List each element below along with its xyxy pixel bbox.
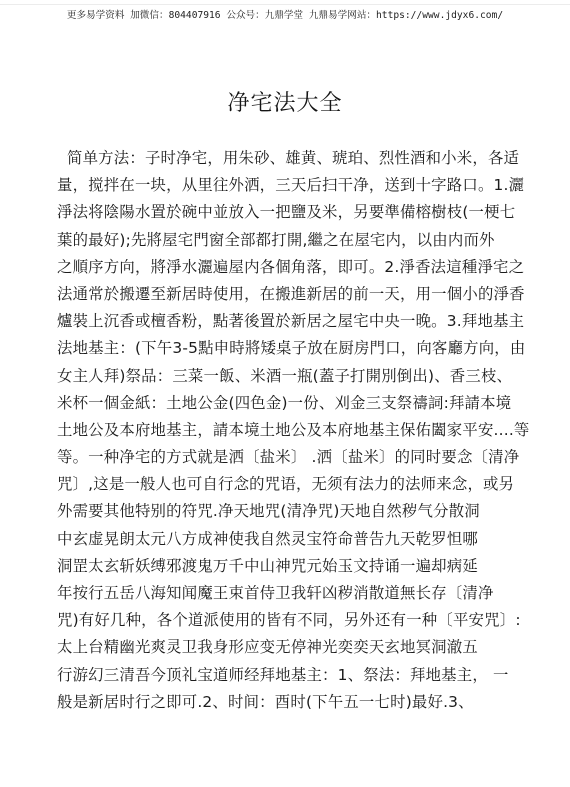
body-line: 简单方法：子时净宅，用朱砂、雄黄、琥珀、烈性酒和小米，各适: [57, 145, 517, 172]
document-title: 净宅法大全: [0, 86, 570, 117]
body-line: 洞罡太玄斩妖缚邪渡鬼万千中山神咒元始玉文持诵一遍却病延: [57, 553, 517, 580]
body-line: 之順序方向，將淨水灑遍屋内各個角落，即可。2.淨香法這種淨宅之: [57, 254, 517, 281]
body-line: 太上台精幽光爽灵卫我身形应变无停神光奕奕天玄地冥洞澈五: [57, 634, 517, 661]
body-line: 葉的最好);先將屋宅門窗全部都打開,繼之在屋宅内，以由内而外: [57, 227, 517, 254]
body-line: 咒〕,这是一般人也可自行念的咒语，无须有法力的法师来念，或另: [57, 471, 517, 498]
document-body: 简单方法：子时净宅，用朱砂、雄黄、琥珀、烈性酒和小米，各适 量，搅拌在一块，从里…: [57, 145, 517, 716]
body-line: 般是新居时行之即可.2、时间：酉时(下午五一七时)最好.3、: [57, 689, 517, 716]
body-line: 等。一种净宅的方式就是洒〔盐米〕 .洒〔盐米〕的同时要念〔清净: [57, 444, 517, 471]
body-line: 爐裝上沉香或檀香粉，點著後置於新居之屋宅中央一晚。3.拜地基主: [57, 308, 517, 335]
body-line: 米杯一個金紙：土地公金(四色金)一份、刈金三支祭禱詞:拜請本境: [57, 390, 517, 417]
body-line: 行游幻三清吾今顶礼宝道师经拜地基主：1、祭法：拜地基主， 一: [57, 662, 517, 689]
page-top-border: [0, 4, 570, 5]
body-line: 中玄虚晃朗太元八方成神使我自然灵宝符命普告九天乾罗怛哪: [57, 526, 517, 553]
body-line: 量，搅拌在一块，从里往外洒，三天后扫干净，送到十字路口。1.灑: [57, 172, 517, 199]
header-watermark-note: 更多易学资料 加微信：804407916 公众号：九鼎学堂 九鼎易学网站：htt…: [0, 7, 570, 21]
body-line: 法地基主：(下午3-5點申時將矮桌子放在厨房門口，向客廳方向，由: [57, 335, 517, 362]
body-line: 法通常於搬遷至新居時使用，在搬進新居的前一天，用一個小的淨香: [57, 281, 517, 308]
body-line: 咒)有好几种，各个道派使用的皆有不同，另外还有一种〔平安咒〕:: [57, 607, 517, 634]
body-line: 淨法将陰陽水置於碗中並放入一把鹽及米，另要準備榕樹枝(一梗七: [57, 199, 517, 226]
body-line: 女主人拜)祭品：三菜一飯、米酒一瓶(蓋子打開別倒出)、香三枝、: [57, 363, 517, 390]
body-line: 年按行五岳八海知闻魔王束首侍卫我轩凶秽消散道無长存〔清净: [57, 580, 517, 607]
body-line: 外需要其他特别的符咒.净天地咒(清净咒)天地自然秽气分散洞: [57, 498, 517, 525]
body-line: 土地公及本府地基主，請本境土地公及本府地基主保佑闔家平安....等: [57, 417, 517, 444]
